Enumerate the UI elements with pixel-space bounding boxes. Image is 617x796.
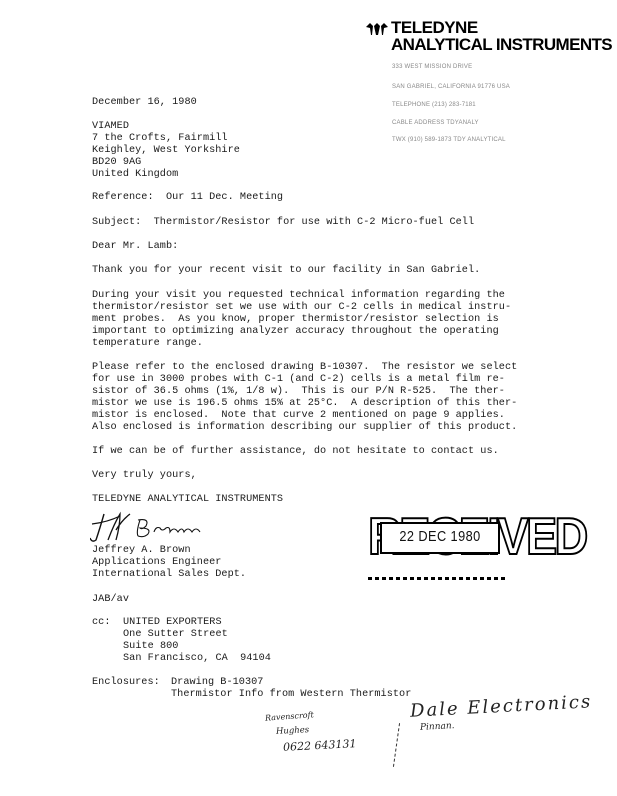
teledyne-logo-icon: [366, 23, 388, 35]
enclosures-label: Enclosures:: [92, 677, 160, 689]
cc-line: Suite 800: [123, 641, 178, 653]
paragraph-line: sistor of 36.5 ohms (1%, 1/8 w). This is…: [92, 386, 505, 398]
company-name-line2: ANALYTICAL INSTRUMENTS: [391, 36, 612, 53]
typist-initials: JAB/av: [92, 594, 129, 606]
reference-line: Reference: Our 11 Dec. Meeting: [92, 192, 283, 204]
received-stamp: RECEIVED 22 DEC 1980: [368, 508, 514, 566]
paragraph-line: Also enclosed is information describing …: [92, 422, 517, 434]
handwritten-note: Pinnan.: [420, 721, 455, 733]
stamp-dotted-line: [368, 577, 508, 580]
enclosure-item: Thermistor Info from Western Thermistor: [171, 689, 411, 701]
letterhead-address-street: 333 WEST MISSION DRIVE: [392, 64, 472, 70]
letter-page: TELEDYNE ANALYTICAL INSTRUMENTS 333 WEST…: [0, 0, 617, 796]
paragraph-line: mistor is enclosed. Note that curve 2 me…: [92, 410, 505, 422]
stamp-date: 22 DEC 1980: [391, 528, 490, 545]
signer-title: Applications Engineer: [92, 557, 221, 569]
paragraph-line: temperature range.: [92, 338, 203, 350]
recipient-line: BD20 9AG: [92, 157, 141, 169]
handwritten-note: Ravenscroft: [265, 710, 314, 722]
handwritten-note: 0622 643131: [283, 737, 357, 754]
paragraph-line: for use in 3000 probes with C-1 (and C-2…: [92, 374, 505, 386]
signer-department: International Sales Dept.: [92, 569, 246, 581]
company-name-line1: TELEDYNE: [391, 19, 478, 36]
company-signature-line: TELEDYNE ANALYTICAL INSTRUMENTS: [92, 494, 283, 506]
paragraph-line: Thank you for your recent visit to our f…: [92, 265, 480, 277]
stamp-date-box: 22 DEC 1980: [380, 522, 500, 554]
recipient-line: United Kingdom: [92, 169, 178, 181]
enclosure-item: Drawing B-10307: [171, 677, 263, 689]
handwritten-divider: [393, 723, 400, 767]
paragraph-line: mistor we use is 196.5 ohms 15% at 25°C.…: [92, 398, 517, 410]
handwritten-signature: [90, 510, 220, 544]
cc-line: San Francisco, CA 94104: [123, 653, 271, 665]
cc-line: One Sutter Street: [123, 629, 228, 641]
paragraph-line: ment probes. As you know, proper thermis…: [92, 314, 499, 326]
letterhead-telephone: TELEPHONE (213) 283-7181: [392, 102, 476, 108]
letterhead-cable: CABLE ADDRESS TDYANALY: [392, 120, 479, 126]
subject-line: Subject: Thermistor/Resistor for use wit…: [92, 217, 474, 229]
letter-date: December 16, 1980: [92, 97, 197, 109]
paragraph-line: During your visit you requested technica…: [92, 290, 505, 302]
letterhead-twx: TWX (910) 589-1873 TDY ANALYTICAL: [392, 137, 506, 143]
recipient-line: VIAMED: [92, 121, 129, 133]
cc-label: cc:: [92, 617, 111, 629]
recipient-line: Keighley, West Yorkshire: [92, 145, 240, 157]
handwritten-note: Dale Electronics: [410, 691, 593, 722]
signer-name: Jeffrey A. Brown: [92, 545, 191, 557]
paragraph-line: thermistor/resistor set we use with our …: [92, 302, 511, 314]
closing: Very truly yours,: [92, 470, 197, 482]
recipient-line: 7 the Crofts, Fairmill: [92, 133, 228, 145]
salutation: Dear Mr. Lamb:: [92, 241, 178, 253]
paragraph-line: Please refer to the enclosed drawing B-1…: [92, 362, 517, 374]
letterhead-address-city: SAN GABRIEL, CALIFORNIA 91776 USA: [392, 84, 510, 90]
handwritten-note: Hughes: [276, 725, 310, 737]
paragraph-line: important to optimizing analyzer accurac…: [92, 326, 499, 338]
paragraph-line: If we can be of further assistance, do n…: [92, 446, 499, 458]
cc-line: UNITED EXPORTERS: [123, 617, 222, 629]
